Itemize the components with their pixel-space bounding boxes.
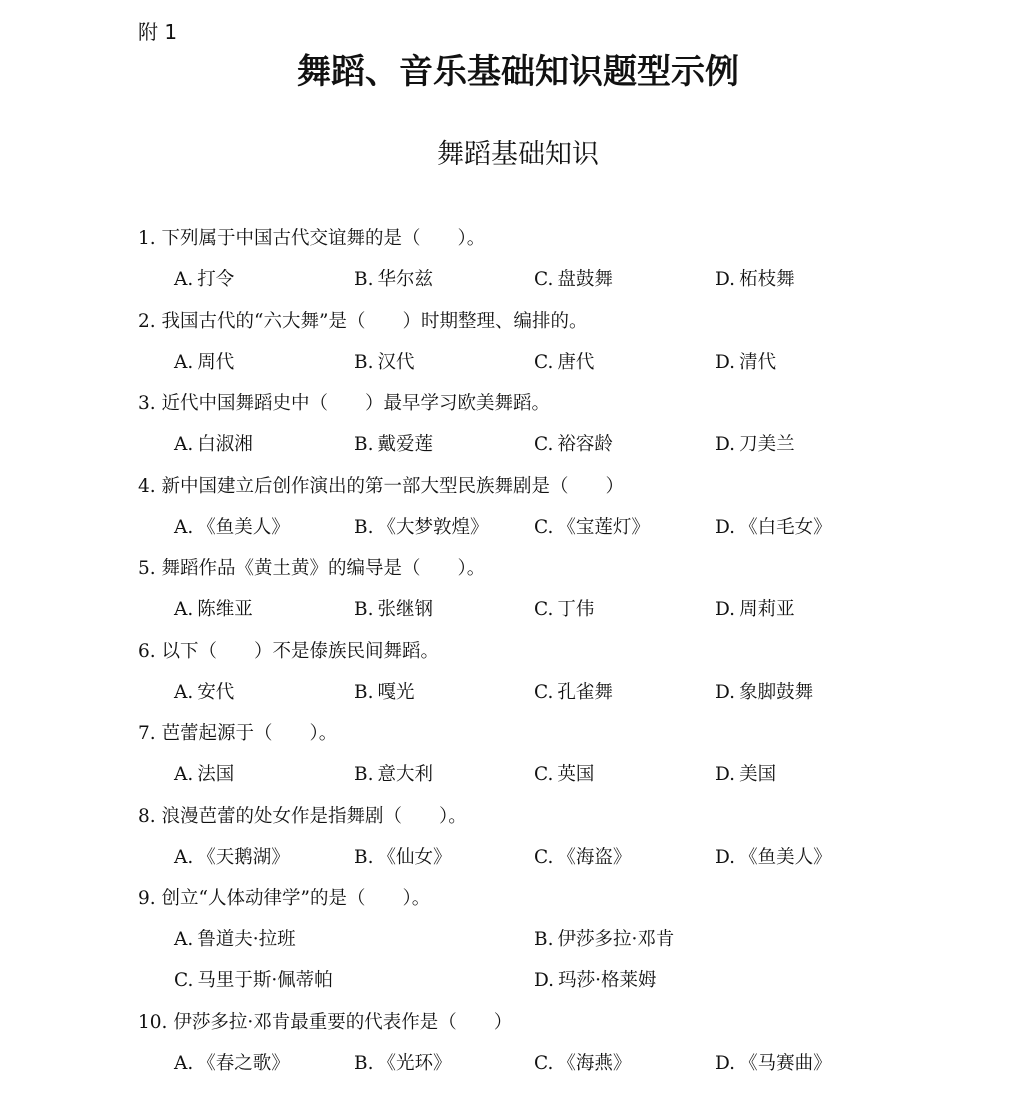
option-text: 周代 <box>197 352 234 373</box>
option-letter: A. <box>174 764 193 785</box>
option-a: A.打令 <box>174 265 234 295</box>
option-a: A.周代 <box>174 348 234 378</box>
option-a: A.陈维亚 <box>174 595 253 625</box>
option-text: 《鱼美人》 <box>739 847 832 868</box>
question-stem: 4. 新中国建立后创作演出的第一部大型民族舞剧是（ ） <box>138 472 624 502</box>
option-letter: B. <box>354 847 373 868</box>
option-text: 象脚鼓舞 <box>739 682 813 703</box>
option-c: C.《海燕》 <box>534 1049 631 1079</box>
question-number: 6. <box>138 641 156 662</box>
option-text: 《海燕》 <box>557 1053 631 1074</box>
option-text: 安代 <box>197 682 234 703</box>
option-text: 《光环》 <box>377 1053 451 1074</box>
option-letter: D. <box>715 352 735 373</box>
question-stem: 3. 近代中国舞蹈史中（ ）最早学习欧美舞蹈。 <box>138 389 550 419</box>
option-row: A.打令 B.华尔兹 C.盘鼓舞 D.柘枝舞 <box>174 265 898 295</box>
question-text: 我国古代的“六大舞”是（ ）时期整理、编排的。 <box>162 311 588 332</box>
question-text: 新中国建立后创作演出的第一部大型民族舞剧是（ ） <box>162 476 625 497</box>
option-b: B.意大利 <box>354 760 433 790</box>
option-text: 《仙女》 <box>377 847 451 868</box>
question-number: 10. <box>138 1012 167 1033</box>
option-text: 意大利 <box>377 764 433 785</box>
option-text: 丁伟 <box>557 599 594 620</box>
option-letter: D. <box>715 682 735 703</box>
option-text: 张继钢 <box>377 599 433 620</box>
option-text: 裕容龄 <box>557 434 613 455</box>
option-text: 鲁道夫·拉班 <box>197 929 295 950</box>
option-text: 伊莎多拉·邓肯 <box>557 929 674 950</box>
option-letter: D. <box>715 847 735 868</box>
option-letter: A. <box>174 847 193 868</box>
question-number: 4. <box>138 476 156 497</box>
option-text: 周莉亚 <box>739 599 795 620</box>
option-letter: D. <box>715 1053 735 1074</box>
option-row: A.周代 B.汉代 C.唐代 D.清代 <box>174 348 898 378</box>
option-letter: B. <box>354 764 373 785</box>
option-letter: C. <box>174 970 193 991</box>
option-text: 刀美兰 <box>739 434 795 455</box>
question-text: 舞蹈作品《黄土黄》的编导是（ ）。 <box>162 558 486 579</box>
option-c: C.孔雀舞 <box>534 678 613 708</box>
option-row: A.白淑湘 B.戴爱莲 C.裕容龄 D.刀美兰 <box>174 430 898 460</box>
question-stem: 2. 我国古代的“六大舞”是（ ）时期整理、编排的。 <box>138 307 587 337</box>
option-text: 法国 <box>197 764 234 785</box>
option-row: C.马里于斯·佩蒂帕 D.玛莎·格莱姆 <box>174 966 898 996</box>
question-9: 9. 创立“人体动律学”的是（ ）。 A.鲁道夫·拉班 B.伊莎多拉·邓肯 C.… <box>138 884 898 1008</box>
option-letter: C. <box>534 352 553 373</box>
option-letter: B. <box>354 682 373 703</box>
option-a: A.《鱼美人》 <box>174 513 290 543</box>
option-text: 华尔兹 <box>377 269 433 290</box>
question-stem: 8. 浪漫芭蕾的处女作是指舞剧（ ）。 <box>138 802 467 832</box>
question-4: 4. 新中国建立后创作演出的第一部大型民族舞剧是（ ） A.《鱼美人》 B.《大… <box>138 472 898 555</box>
question-3: 3. 近代中国舞蹈史中（ ）最早学习欧美舞蹈。 A.白淑湘 B.戴爱莲 C.裕容… <box>138 389 898 472</box>
option-letter: B. <box>354 434 373 455</box>
option-text: 《天鹅湖》 <box>197 847 290 868</box>
question-10: 10. 伊莎多拉·邓肯最重要的代表作是（ ） A.《春之歌》 B.《光环》 C.… <box>138 1008 898 1091</box>
option-letter: A. <box>174 929 193 950</box>
option-letter: B. <box>354 1053 373 1074</box>
option-letter: C. <box>534 269 553 290</box>
option-letter: C. <box>534 1053 553 1074</box>
option-a: A.《春之歌》 <box>174 1049 290 1079</box>
option-text: 美国 <box>739 764 776 785</box>
option-d: D.刀美兰 <box>715 430 795 460</box>
appendix-label: 附 1 <box>138 16 177 45</box>
option-letter: C. <box>534 599 553 620</box>
question-text: 伊莎多拉·邓肯最重要的代表作是（ ） <box>173 1012 512 1033</box>
option-text: 《鱼美人》 <box>197 517 290 538</box>
option-text: 打令 <box>197 269 234 290</box>
option-row: A.《天鹅湖》 B.《仙女》 C.《海盗》 D.《鱼美人》 <box>174 843 898 873</box>
option-c: C.马里于斯·佩蒂帕 <box>174 966 333 996</box>
option-text: 《大梦敦煌》 <box>377 517 488 538</box>
option-letter: D. <box>715 599 735 620</box>
option-letter: D. <box>715 517 735 538</box>
question-6: 6. 以下（ ）不是傣族民间舞蹈。 A.安代 B.嘎光 C.孔雀舞 D.象脚鼓舞 <box>138 637 898 720</box>
option-text: 《宝莲灯》 <box>557 517 650 538</box>
option-row: A.《春之歌》 B.《光环》 C.《海燕》 D.《马赛曲》 <box>174 1049 898 1079</box>
option-letter: D. <box>715 269 735 290</box>
option-text: 《白毛女》 <box>739 517 832 538</box>
option-text: 英国 <box>557 764 594 785</box>
option-letter: C. <box>534 682 553 703</box>
option-text: 清代 <box>739 352 776 373</box>
option-text: 戴爱莲 <box>377 434 433 455</box>
option-d: D.《白毛女》 <box>715 513 832 543</box>
option-text: 盘鼓舞 <box>557 269 613 290</box>
question-number: 3. <box>138 393 156 414</box>
option-letter: A. <box>174 434 193 455</box>
question-text: 以下（ ）不是傣族民间舞蹈。 <box>162 641 440 662</box>
question-stem: 5. 舞蹈作品《黄土黄》的编导是（ ）。 <box>138 554 485 584</box>
option-letter: A. <box>174 1053 193 1074</box>
option-d: D.柘枝舞 <box>715 265 795 295</box>
option-c: C.《海盗》 <box>534 843 631 873</box>
question-5: 5. 舞蹈作品《黄土黄》的编导是（ ）。 A.陈维亚 B.张继钢 C.丁伟 D.… <box>138 554 898 637</box>
question-stem: 9. 创立“人体动律学”的是（ ）。 <box>138 884 430 914</box>
option-text: 《马赛曲》 <box>739 1053 832 1074</box>
question-7: 7. 芭蕾起源于（ ）。 A.法国 B.意大利 C.英国 D.美国 <box>138 719 898 802</box>
question-number: 2. <box>138 311 156 332</box>
option-c: C.英国 <box>534 760 594 790</box>
option-row: A.法国 B.意大利 C.英国 D.美国 <box>174 760 898 790</box>
question-stem: 1. 下列属于中国古代交谊舞的是（ ）。 <box>138 224 485 254</box>
option-text: 《海盗》 <box>557 847 631 868</box>
option-c: C.盘鼓舞 <box>534 265 613 295</box>
option-a: A.白淑湘 <box>174 430 253 460</box>
document-title: 舞蹈、音乐基础知识题型示例 <box>0 44 1024 93</box>
question-8: 8. 浪漫芭蕾的处女作是指舞剧（ ）。 A.《天鹅湖》 B.《仙女》 C.《海盗… <box>138 802 898 885</box>
option-letter: D. <box>715 764 735 785</box>
option-c: C.唐代 <box>534 348 594 378</box>
question-stem: 7. 芭蕾起源于（ ）。 <box>138 719 337 749</box>
section-title: 舞蹈基础知识 <box>0 132 1024 171</box>
option-b: B.戴爱莲 <box>354 430 433 460</box>
question-number: 9. <box>138 888 156 909</box>
question-stem: 10. 伊莎多拉·邓肯最重要的代表作是（ ） <box>138 1008 512 1038</box>
option-b: B.《光环》 <box>354 1049 452 1079</box>
option-row: A.陈维亚 B.张继钢 C.丁伟 D.周莉亚 <box>174 595 898 625</box>
question-2: 2. 我国古代的“六大舞”是（ ）时期整理、编排的。 A.周代 B.汉代 C.唐… <box>138 307 898 390</box>
question-text: 下列属于中国古代交谊舞的是（ ）。 <box>162 228 486 249</box>
option-text: 嘎光 <box>377 682 414 703</box>
option-row: A.《鱼美人》 B.《大梦敦煌》 C.《宝莲灯》 D.《白毛女》 <box>174 513 898 543</box>
option-c: C.裕容龄 <box>534 430 613 460</box>
question-list: 1. 下列属于中国古代交谊舞的是（ ）。 A.打令 B.华尔兹 C.盘鼓舞 D.… <box>138 224 898 1091</box>
option-letter: B. <box>354 599 373 620</box>
option-b: B.伊莎多拉·邓肯 <box>534 925 674 955</box>
question-text: 近代中国舞蹈史中（ ）最早学习欧美舞蹈。 <box>162 393 551 414</box>
option-letter: A. <box>174 682 193 703</box>
option-d: D.玛莎·格莱姆 <box>534 966 656 996</box>
option-letter: C. <box>534 517 553 538</box>
option-text: 马里于斯·佩蒂帕 <box>197 970 332 991</box>
question-text: 芭蕾起源于（ ）。 <box>162 723 338 744</box>
option-b: B.嘎光 <box>354 678 415 708</box>
question-number: 7. <box>138 723 156 744</box>
option-b: B.华尔兹 <box>354 265 433 295</box>
option-letter: B. <box>354 352 373 373</box>
option-d: D.清代 <box>715 348 776 378</box>
option-c: C.《宝莲灯》 <box>534 513 650 543</box>
option-letter: B. <box>354 517 373 538</box>
option-letter: A. <box>174 269 193 290</box>
option-d: D.周莉亚 <box>715 595 795 625</box>
option-b: B.《大梦敦煌》 <box>354 513 489 543</box>
option-b: B.《仙女》 <box>354 843 452 873</box>
question-number: 5. <box>138 558 156 579</box>
option-letter: A. <box>174 352 193 373</box>
option-text: 汉代 <box>377 352 414 373</box>
option-c: C.丁伟 <box>534 595 594 625</box>
option-d: D.《马赛曲》 <box>715 1049 832 1079</box>
option-row: A.鲁道夫·拉班 B.伊莎多拉·邓肯 <box>174 925 898 955</box>
option-a: A.鲁道夫·拉班 <box>174 925 296 955</box>
option-letter: A. <box>174 517 193 538</box>
option-d: D.美国 <box>715 760 776 790</box>
option-a: A.《天鹅湖》 <box>174 843 290 873</box>
question-number: 8. <box>138 806 156 827</box>
question-text: 浪漫芭蕾的处女作是指舞剧（ ）。 <box>162 806 467 827</box>
option-letter: D. <box>534 970 554 991</box>
option-text: 孔雀舞 <box>557 682 613 703</box>
option-letter: C. <box>534 434 553 455</box>
question-number: 1. <box>138 228 156 249</box>
option-text: 玛莎·格莱姆 <box>558 970 656 991</box>
option-letter: D. <box>715 434 735 455</box>
option-text: 唐代 <box>557 352 594 373</box>
option-text: 柘枝舞 <box>739 269 795 290</box>
option-b: B.汉代 <box>354 348 415 378</box>
option-letter: C. <box>534 764 553 785</box>
option-text: 《春之歌》 <box>197 1053 290 1074</box>
question-text: 创立“人体动律学”的是（ ）。 <box>162 888 431 909</box>
option-d: D.象脚鼓舞 <box>715 678 813 708</box>
option-letter: B. <box>354 269 373 290</box>
option-letter: A. <box>174 599 193 620</box>
option-a: A.法国 <box>174 760 234 790</box>
option-letter: C. <box>534 847 553 868</box>
option-letter: B. <box>534 929 553 950</box>
option-a: A.安代 <box>174 678 234 708</box>
option-b: B.张继钢 <box>354 595 433 625</box>
question-stem: 6. 以下（ ）不是傣族民间舞蹈。 <box>138 637 439 667</box>
question-1: 1. 下列属于中国古代交谊舞的是（ ）。 A.打令 B.华尔兹 C.盘鼓舞 D.… <box>138 224 898 307</box>
option-text: 白淑湘 <box>197 434 253 455</box>
option-row: A.安代 B.嘎光 C.孔雀舞 D.象脚鼓舞 <box>174 678 898 708</box>
option-text: 陈维亚 <box>197 599 253 620</box>
option-d: D.《鱼美人》 <box>715 843 832 873</box>
